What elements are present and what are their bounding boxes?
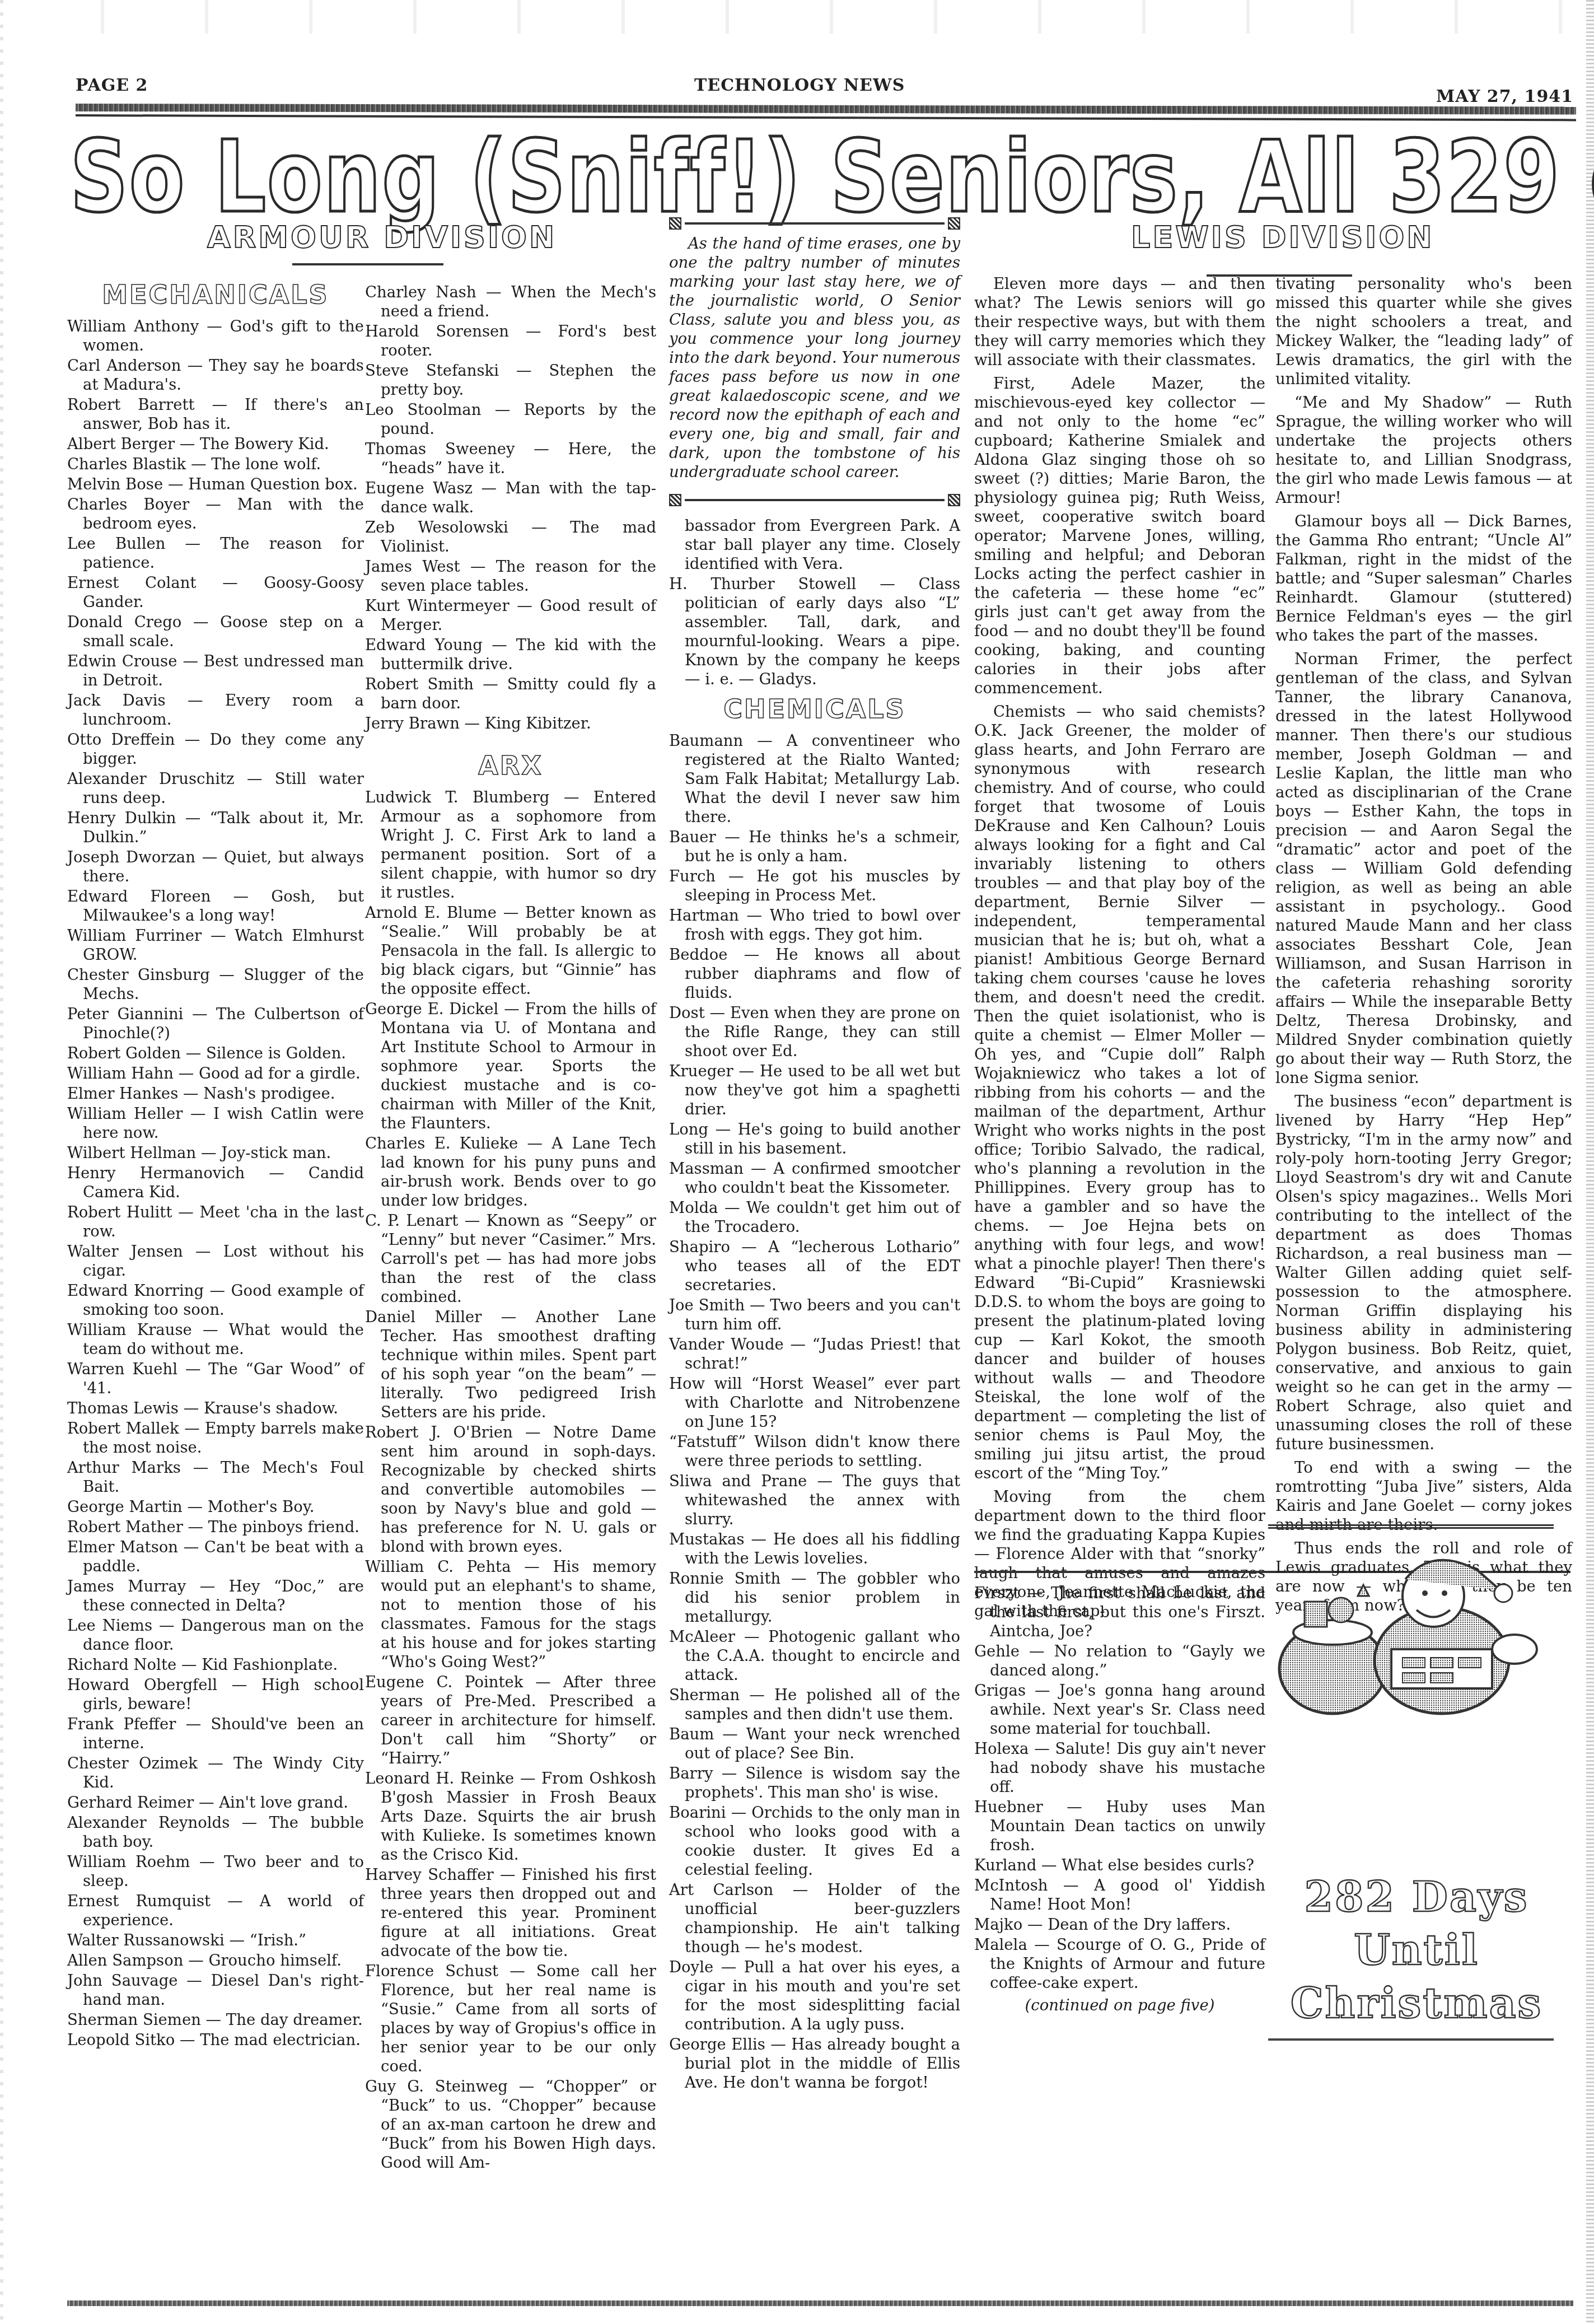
list-item: How will “Horst Weasel” ever part with C… (669, 1374, 960, 1431)
list-item: Peter Giannini — The Culbertson of Pinoc… (67, 1005, 364, 1043)
list-item: Henry Dulkin — “Talk about it, Mr. Dulki… (67, 809, 364, 847)
list-item: George Ellis — Has already bought a buri… (669, 2035, 960, 2092)
list-item: Robert Golden — Silence is Golden. (67, 1044, 364, 1063)
list-item: H. Thurber Stowell — Class politician of… (669, 575, 960, 689)
list-item: Albert Berger — The Bowery Kid. (67, 435, 364, 454)
article-paragraph: First, Adele Mazer, the mischievous-eyed… (974, 374, 1265, 698)
list-item: John Sauvage — Diesel Dan's right-hand m… (67, 1971, 364, 2009)
section-title-arx: ARX (365, 749, 656, 782)
article-paragraph: Eleven more days — and then what? The Le… (974, 274, 1265, 370)
list-item: Gerhard Reimer — Ain't love grand. (67, 1793, 364, 1812)
column-editorial-chemicals: As the hand of time erases, one by one t… (669, 213, 960, 2093)
list-item: Melvin Bose — Human Question box. (67, 475, 364, 494)
list-item: McIntosh — A good ol' Yiddish Name! Hoot… (974, 1876, 1265, 1914)
list-item: Malela — Scourge of O. G., Pride of the … (974, 1935, 1265, 1992)
list-item: C. P. Lenart — Known as “Seepy” or “Lenn… (365, 1211, 656, 1306)
arx-list-continued: bassador from Evergreen Park. A star bal… (669, 516, 960, 689)
list-item: Guy G. Steinweg — “Chopper” or “Buck” to… (365, 2077, 656, 2172)
list-item: Eugene Wasz — Man with the tap-dance wal… (365, 479, 656, 517)
ornamental-rule (669, 492, 960, 508)
list-item: Robert J. O'Brien — Notre Dame sent him … (365, 1423, 656, 1556)
list-item: Sherman Siemen — The day dreamer. (67, 2010, 364, 2029)
list-item: Leo Stoolman — Reports by the pound. (365, 400, 656, 438)
list-item: Mustakas — He does all his fiddling with… (669, 1530, 960, 1568)
lewis-division-header: LEWIS DIVISION (1131, 220, 1434, 255)
list-item: William Roehm — Two beer and to sleep. (67, 1852, 364, 1891)
article-paragraph: The business “econ” department is livene… (1275, 1092, 1572, 1454)
list-item: Baumann — A conventineer who registered … (669, 731, 960, 827)
list-item: Boarini — Orchids to the only man in sch… (669, 1803, 960, 1879)
list-item: Thomas Lewis — Krause's shadow. (67, 1399, 364, 1418)
column-lewis-1: Eleven more days — and then what? The Le… (974, 274, 1265, 1625)
list-item: Firszt — The first shall be last and the… (974, 1584, 1265, 1641)
christmas-countdown-christmas: Christmas (1271, 1980, 1562, 2028)
list-item: Charley Nash — When the Mech's need a fr… (365, 283, 656, 321)
list-item: Hartman — Who tried to bowl over frosh w… (669, 906, 960, 944)
list-item: Vander Woude — “Judas Priest! that schra… (669, 1335, 960, 1373)
lewis-article-continued: tivating personality who's been missed t… (1275, 274, 1572, 1615)
list-item: Zeb Wesolowski — The mad Violinist. (365, 518, 656, 556)
list-item: Bauer — He thinks he's a schmeir, but he… (669, 828, 960, 866)
list-item: Robert Hulitt — Meet 'cha in the last ro… (67, 1203, 364, 1241)
scan-edge-right (1586, 0, 1594, 2324)
christmas-countdown-days: 282 Days (1271, 1873, 1562, 1921)
list-item: Elmer Matson — Can't be beat with a padd… (67, 1538, 364, 1576)
list-item: James West — The reason for the seven pl… (365, 557, 656, 595)
list-item: Dost — Even when they are prone on the R… (669, 1004, 960, 1061)
list-item: George Martin — Mother's Boy. (67, 1497, 364, 1516)
list-item: Charles Blastik — The lone wolf. (67, 455, 364, 474)
list-item: Wilbert Hellman — Joy-stick man. (67, 1144, 364, 1163)
list-item: Molda — We couldn't get him out of the T… (669, 1198, 960, 1236)
list-item: William Hahn — Good ad for a girdle. (67, 1064, 364, 1083)
list-item: Doyle — Pull a hat over his eyes, a ciga… (669, 1958, 960, 2034)
list-item: Ernest Rumquist — A world of experience. (67, 1892, 364, 1930)
list-item: Daniel Miller — Another Lane Techer. Has… (365, 1308, 656, 1422)
ornament-icon (948, 217, 960, 230)
list-item: Leonard H. Reinke — From Oshkosh B'gosh … (365, 1769, 656, 1864)
list-item: Joe Smith — Two beers and you can't turn… (669, 1296, 960, 1334)
list-item: Otto Dreffein — Do they come any bigger. (67, 730, 364, 768)
list-item: Leopold Sitko — The mad electrician. (67, 2031, 364, 2050)
list-item: Barry — Silence is wisdom say the prophe… (669, 1764, 960, 1802)
scan-edge-left (0, 0, 3, 2324)
list-item: George E. Dickel — From the hills of Mon… (365, 1000, 656, 1133)
arx-list: Ludwick T. Blumberg — Entered Armour as … (365, 788, 656, 2172)
list-item: Alexander Reynolds — The bubble bath boy… (67, 1813, 364, 1851)
list-item: Harvey Schaffer — Finished his first thr… (365, 1865, 656, 1961)
list-item: Long — He's going to build another still… (669, 1120, 960, 1158)
mechanicals-list-continued: Charley Nash — When the Mech's need a fr… (365, 283, 656, 733)
list-item: Baum — Want your neck wrenched out of pl… (669, 1725, 960, 1763)
divider (292, 263, 443, 265)
list-item: McAleer — Photogenic gallant who the C.A… (669, 1627, 960, 1684)
list-item: Massman — A confirmed smootcher who coul… (669, 1159, 960, 1197)
section-title-mechanicals: MECHANICALS (67, 278, 364, 311)
list-item: Sliwa and Prane — The guys that whitewas… (669, 1472, 960, 1529)
list-item: Edward Floreen — Gosh, but Milwaukee's a… (67, 887, 364, 925)
ornament-icon (669, 494, 681, 506)
list-item: Majko — Dean of the Dry laffers. (974, 1915, 1265, 1934)
list-item: Gehle — No relation to “Gayly we danced … (974, 1642, 1265, 1680)
list-item: Ernest Colant — Goosy-Goosy Gander. (67, 573, 364, 612)
list-item: Shapiro — A “lecherous Lothario” who tea… (669, 1238, 960, 1295)
list-item: Chester Ginsburg — Slugger of the Mechs. (67, 965, 364, 1004)
list-item: Sherman — He polished all of the samples… (669, 1686, 960, 1724)
list-item: Eugene C. Pointek — After three years of… (365, 1673, 656, 1768)
list-item: Robert Mallek — Empty barrels make the m… (67, 1419, 364, 1457)
list-item: Ronnie Smith — The gobbler who did his s… (669, 1569, 960, 1626)
ornament-icon (948, 494, 960, 506)
list-item: Frank Pfeffer — Should've been an intern… (67, 1715, 364, 1753)
list-item: Elmer Hankes — Nash's prodigee. (67, 1084, 364, 1103)
section-title-chemicals: CHEMICALS (669, 692, 960, 726)
chemicals-list: Baumann — A conventineer who registered … (669, 731, 960, 2092)
list-item: Jerry Brawn — King Kibitzer. (365, 714, 656, 733)
list-item: Arthur Marks — The Mech's Foul Bait. (67, 1458, 364, 1496)
list-item: William C. Pehta — His memory would put … (365, 1557, 656, 1672)
list-item: Joseph Dworzan — Quiet, but always there… (67, 848, 364, 886)
ornament-icon (669, 217, 681, 230)
list-item: Arnold E. Blume — Better known as “Seali… (365, 903, 656, 998)
list-item: Robert Mather — The pinboys friend. (67, 1518, 364, 1537)
list-item: Charles Boyer — Man with the bedroom eye… (67, 495, 364, 533)
list-item: “Fatstuff” Wilson didn't know there were… (669, 1432, 960, 1471)
list-item: Grigas — Joe's gonna hang around awhile.… (974, 1681, 1265, 1738)
page-number: PAGE 2 (76, 76, 148, 95)
list-item: Howard Obergfell — High school girls, be… (67, 1676, 364, 1714)
list-item: William Furriner — Watch Elmhurst GROW. (67, 926, 364, 964)
list-item: Edward Young — The kid with the buttermi… (365, 636, 656, 674)
mechanicals-list: William Anthony — God's gift to the wome… (67, 317, 364, 2050)
list-item: Furch — He got his muscles by sleeping i… (669, 867, 960, 905)
list-item: Carl Anderson — They say he boards at Ma… (67, 356, 364, 394)
list-item: Chester Ozimek — The Windy City Kid. (67, 1754, 364, 1792)
list-item: Kurland — What else besides curls? (974, 1856, 1265, 1875)
box-rule-top (1268, 1524, 1554, 1529)
list-item: James Murray — Hey “Doc,” are these conn… (67, 1577, 364, 1615)
list-item: Robert Barrett — If there's an answer, B… (67, 395, 364, 433)
list-item: Alexander Druschitz — Still water runs d… (67, 769, 364, 808)
list-item: William Heller — I wish Catlin were here… (67, 1104, 364, 1142)
chemicals-list-continued: Firszt — The first shall be last and the… (974, 1584, 1265, 1992)
armour-division-header: ARMOUR DIVISION (207, 220, 557, 255)
list-item: Huebner — Huby uses Man Mountain Dean ta… (974, 1798, 1265, 1855)
lewis-article: Eleven more days — and then what? The Le… (974, 274, 1265, 1621)
continued-note: (continued on page five) (974, 1996, 1265, 2015)
list-item: Beddoe — He knows all about rubber diaph… (669, 945, 960, 1002)
box-rule-bottom (1268, 2038, 1554, 2041)
list-item: bassador from Evergreen Park. A star bal… (669, 516, 960, 573)
article-paragraph: “Me and My Shadow” — Ruth Sprague, the w… (1275, 393, 1572, 507)
list-item: Walter Jensen — Lost without his cigar. (67, 1242, 364, 1280)
article-paragraph: Norman Frimer, the perfect gentleman of … (1275, 650, 1572, 1088)
list-item: Jack Davis — Every room a lunchroom. (67, 691, 364, 729)
list-item: Ludwick T. Blumberg — Entered Armour as … (365, 788, 656, 902)
page-bottom-rule (67, 2300, 1573, 2306)
scan-artifacts (0, 0, 1594, 34)
list-item: Walter Russanowski — “Irish.” (67, 1931, 364, 1950)
list-item: Donald Crego — Goose step on a small sca… (67, 613, 364, 651)
santa-claus-icon (1274, 1543, 1542, 1728)
list-item: Lee Bullen — The reason for patience. (67, 534, 364, 572)
list-item: Holexa — Salute! Dis guy ain't never had… (974, 1739, 1265, 1796)
paper-name: TECHNOLOGY NEWS (694, 76, 905, 95)
article-paragraph: Chemists — who said chemists? O.K. Jack … (974, 702, 1265, 1483)
list-item: Florence Schust — Some call her Florence… (365, 1962, 656, 2076)
editorial-box-text: As the hand of time erases, one by one t… (669, 234, 960, 482)
list-item: Edwin Crouse — Best undressed man in Det… (67, 652, 364, 690)
issue-date: MAY 27, 1941 (1436, 87, 1573, 106)
article-paragraph: Glamour boys all — Dick Barnes, the Gamm… (1275, 512, 1572, 645)
column-mechanicals-arx: Charley Nash — When the Mech's need a fr… (365, 283, 656, 2173)
list-item: Charles E. Kulieke — A Lane Tech lad kno… (365, 1134, 656, 1210)
list-item: Krueger — He used to be all wet but now … (669, 1062, 960, 1119)
list-item: Harold Sorensen — Ford's best rooter. (365, 322, 656, 360)
christmas-countdown-until: Until (1271, 1926, 1562, 1975)
article-paragraph: tivating personality who's been missed t… (1275, 274, 1572, 389)
column-lewis-2: tivating personality who's been missed t… (1275, 274, 1572, 1620)
column-chemicals-continued: Firszt — The first shall be last and the… (974, 1584, 1265, 2015)
list-item: Thomas Sweeney — Here, the “heads” have … (365, 440, 656, 478)
list-item: Warren Kuehl — The “Gar Wood” of '41. (67, 1360, 364, 1398)
list-item: Henry Hermanovich — Candid Camera Kid. (67, 1164, 364, 1202)
column-mechanicals-1: MECHANICALS William Anthony — God's gift… (67, 274, 364, 2051)
list-item: Allen Sampson — Groucho himself. (67, 1951, 364, 1970)
ornamental-rule (669, 215, 960, 232)
list-item: William Anthony — God's gift to the wome… (67, 317, 364, 355)
list-item: Steve Stefanski — Stephen the pretty boy… (365, 361, 656, 399)
list-item: Richard Nolte — Kid Fashionplate. (67, 1655, 364, 1674)
list-item: Edward Knorring — Good example of smokin… (67, 1281, 364, 1319)
list-item: Robert Smith — Smitty could fly a barn d… (365, 675, 656, 713)
list-item: Kurt Wintermeyer — Good result of Merger… (365, 596, 656, 634)
article-paragraph: To end with a swing — the romtrotting “J… (1275, 1458, 1572, 1534)
list-item: Lee Niems — Dangerous man on the dance f… (67, 1616, 364, 1654)
list-item: Art Carlson — Holder of the unofficial b… (669, 1880, 960, 1957)
list-item: William Krause — What would the team do … (67, 1320, 364, 1359)
